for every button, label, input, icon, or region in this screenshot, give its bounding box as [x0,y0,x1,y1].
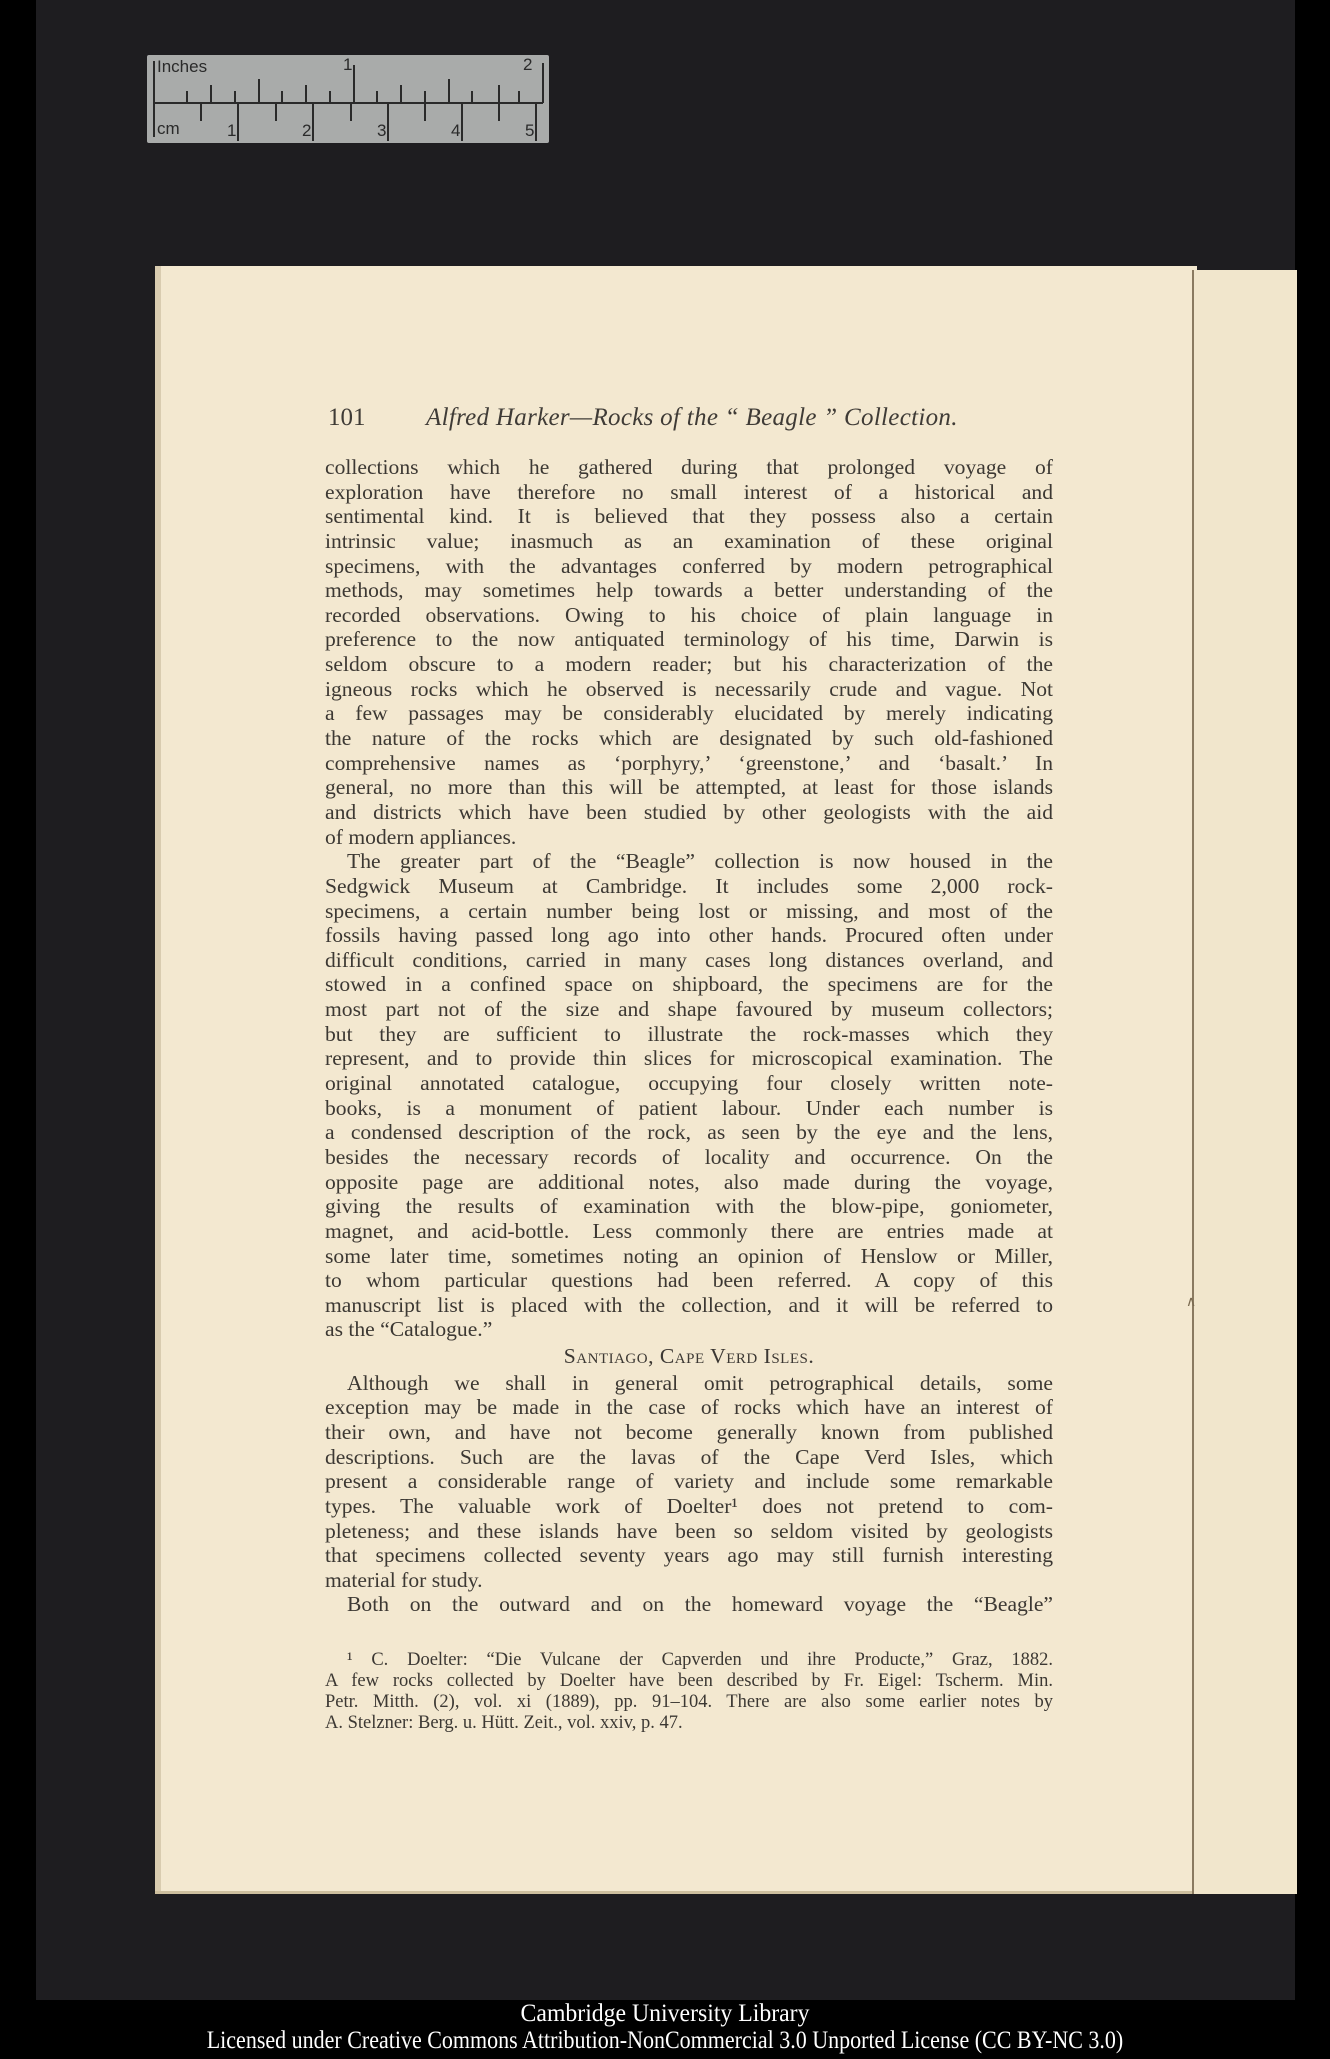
ruler-tick [329,91,331,103]
ruler-cm-2: 2 [302,121,311,141]
text-line: a few passages may be considerably eluci… [325,701,1053,726]
ruler-cm-3: 3 [377,121,386,141]
text-line: most part not of the size and shape favo… [325,997,1053,1022]
footnote: ¹ C. Doelter: “Die Vulcane der Capverden… [325,1650,1053,1734]
text-line: exception may be made in the case of roc… [325,1395,1053,1420]
license-banner: Cambridge University Library Licensed un… [0,2000,1330,2055]
ruler-tick [461,103,463,141]
footnote-line: Petr. Mitth. (2), vol. xi (1889), pp. 91… [325,1692,1053,1713]
running-header: 101 Alfred Harker—Rocks of the “ Beagle … [328,400,1068,440]
ruler-tick [350,103,352,121]
text-line: of modern appliances. [325,825,1053,850]
ruler-tick [448,79,450,103]
section-heading: Santiago, Cape Verd Isles. [325,1344,1053,1369]
ruler-tick [542,63,544,103]
ruler-tick [258,79,260,103]
text-line: igneous rocks which he observed is neces… [325,677,1053,702]
text-line: represent, and to provide thin slices fo… [325,1046,1053,1071]
text-line: pleteness; and these islands have been s… [325,1519,1053,1544]
ruler-cm-1: 1 [227,121,236,141]
text-line: Both on the outward and on the homeward … [325,1592,1053,1617]
ruler-tick [471,91,473,103]
ruler-tick [281,91,283,103]
ruler-cm-4: 4 [451,121,460,141]
ruler-tick [186,91,188,103]
text-line: and districts which have been studied by… [325,800,1053,825]
text-line: giving the results of examination with t… [325,1194,1053,1219]
text-line: The greater part of the “Beagle” collect… [325,849,1053,874]
ruler-tick [153,61,155,137]
ruler-tick [234,91,236,103]
text-line: Sedgwick Museum at Cambridge. It include… [325,874,1053,899]
footnote-line: A few rocks collected by Doelter have be… [325,1671,1053,1692]
text-line: manuscript list is placed with the colle… [325,1293,1053,1318]
text-line: difficult conditions, carried in many ca… [325,948,1053,973]
text-line: the nature of the rocks which are design… [325,726,1053,751]
ruler-tick [312,103,314,141]
ruler-tick [424,91,426,103]
ruler-tick [400,85,402,103]
text-line: specimens, a certain number being lost o… [325,899,1053,924]
ruler-tick [200,103,202,121]
text-line: but they are sufficient to illustrate th… [325,1022,1053,1047]
text-line: exploration have therefore no small inte… [325,480,1053,505]
text-line: descriptions. Such are the lavas of the … [325,1445,1053,1470]
ruler-tick [498,85,500,103]
ruler-inch-2: 2 [523,55,532,75]
margin-mark-icon: ∧ [1186,1294,1196,1310]
text-line: besides the necessary records of localit… [325,1145,1053,1170]
text-line: methods, may sometimes help towards a be… [325,578,1053,603]
ruler-tick [353,65,355,103]
text-line: a condensed description of the rock, as … [325,1120,1053,1145]
text-line: material for study. [325,1568,1053,1593]
ruler-tick [376,91,378,103]
scale-ruler: Inches 1 2 cm 1 2 3 4 5 [147,55,549,143]
library-credit: Cambridge University Library [33,2000,1297,2027]
text-line: original annotated catalogue, occupying … [325,1071,1053,1096]
text-line: fossils having passed long ago into othe… [325,923,1053,948]
text-line: Although we shall in general omit petrog… [325,1371,1053,1396]
text-line: collections which he gathered during tha… [325,455,1053,480]
facing-page-edge [1192,270,1297,1894]
ruler-tick [535,103,537,141]
running-title: Alfred Harker—Rocks of the “ Beagle ” Co… [426,404,958,432]
text-line: opposite page are additional notes, also… [325,1170,1053,1195]
license-text: Licensed under Creative Commons Attribut… [80,2027,1250,2055]
page-number: 101 [328,404,366,432]
text-line: preference to the now antiquated termino… [325,627,1053,652]
text-line: present a considerable range of variety … [325,1469,1053,1494]
ruler-tick [210,85,212,103]
text-line: specimens, with the advantages conferred… [325,554,1053,579]
text-line: general, no more than this will be attem… [325,775,1053,800]
ruler-tick [387,103,389,141]
text-line: their own, and have not become generally… [325,1420,1053,1445]
text-line: as the “Catalogue.” [325,1317,1053,1342]
text-line: that specimens collected seventy years a… [325,1543,1053,1568]
text-line: stowed in a confined space on shipboard,… [325,972,1053,997]
text-line: magnet, and acid-bottle. Less commonly t… [325,1219,1053,1244]
text-line: intrinsic value; inasmuch as an examinat… [325,529,1053,554]
ruler-inch-1: 1 [343,55,352,75]
text-line: books, is a monument of patient labour. … [325,1096,1053,1121]
footnote-line: A. Stelzner: Berg. u. Hütt. Zeit., vol. … [325,1713,1053,1734]
ruler-tick [305,85,307,103]
ruler-cm-label: cm [157,119,180,139]
text-line: sentimental kind. It is believed that th… [325,504,1053,529]
ruler-tick [275,103,277,121]
ruler-cm-5: 5 [525,121,534,141]
ruler-tick [498,103,500,121]
footnote-line: ¹ C. Doelter: “Die Vulcane der Capverden… [325,1650,1053,1671]
ruler-tick [424,103,426,121]
body-text: collections which he gathered during tha… [325,455,1053,1617]
text-line: comprehensive names as ‘porphyry,’ ‘gree… [325,751,1053,776]
text-line: recorded observations. Owing to his choi… [325,603,1053,628]
ruler-tick [518,91,520,103]
text-line: to whom particular questions had been re… [325,1268,1053,1293]
ruler-axis [153,102,543,104]
text-line: seldom obscure to a modern reader; but h… [325,652,1053,677]
ruler-tick [237,103,239,141]
text-line: types. The valuable work of Doelter¹ doe… [325,1494,1053,1519]
ruler-inches-label: Inches [157,57,207,77]
text-line: some later time, sometimes noting an opi… [325,1244,1053,1269]
